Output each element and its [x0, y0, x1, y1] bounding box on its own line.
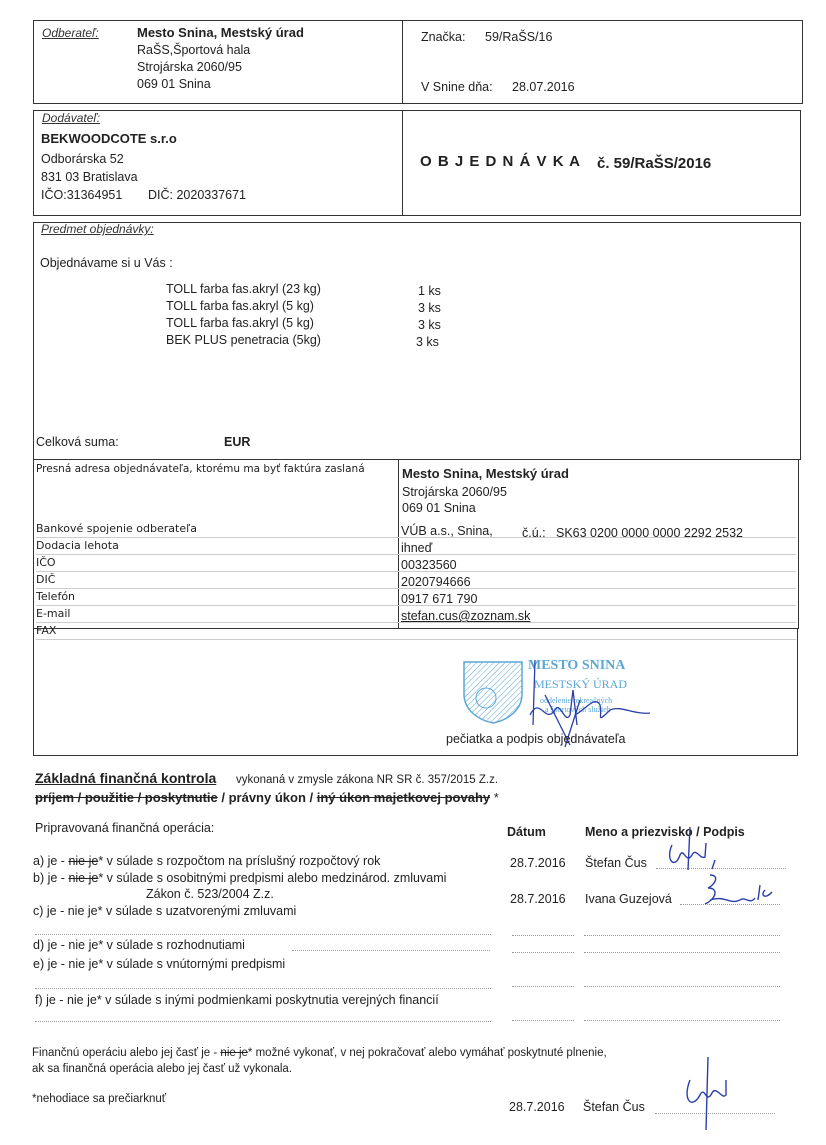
billing-name: Mesto Snina, Mestský úrad: [402, 466, 569, 482]
date-value: 28.07.2016: [512, 79, 575, 95]
row-rule: [36, 571, 796, 572]
dotted-line: [512, 1020, 574, 1021]
customer-name: Mesto Snina, Mestský úrad: [137, 25, 304, 41]
customer-line: 069 01 Snina: [137, 76, 211, 92]
control-item: a) je - nie je* v súlade s rozpočtom na …: [33, 853, 380, 869]
order-title: O B J E D N Á V K A: [420, 154, 581, 170]
signer-date: 28.7.2016: [510, 891, 566, 907]
signer-name: Štefan Čus: [585, 855, 647, 871]
total-label: Celková suma:: [36, 434, 119, 450]
customer-line: Strojárska 2060/95: [137, 59, 242, 75]
billing-row-label: IČO: [36, 555, 56, 571]
dotted-line: [512, 952, 574, 953]
signature-icon: [700, 870, 780, 920]
signature-icon: [680, 1055, 740, 1135]
billing-city: 069 01 Snina: [402, 500, 476, 516]
billing-divider: [398, 459, 399, 629]
signer-date: 28.7.2016: [510, 855, 566, 871]
row-rule: [36, 588, 796, 589]
operation-label: Pripravovaná finančná operácia:: [35, 820, 214, 836]
dotted-line: [584, 935, 780, 936]
total-currency: EUR: [224, 434, 250, 450]
order-item-qty: 3 ks: [418, 317, 441, 333]
footnote: *nehodiace sa prečiarknuť: [32, 1091, 166, 1107]
billing-row-label: Dodacia lehota: [36, 538, 119, 554]
operation-types-struck: príjem / použitie / poskytnutie: [35, 790, 218, 805]
row-rule: [36, 537, 796, 538]
column-date: Dátum: [507, 824, 546, 840]
billing-row-label: DIČ: [36, 572, 55, 588]
billing-address-label: Presná adresa objednávateľa, ktorému ma …: [36, 461, 365, 477]
supplier-street: Odborárska 52: [41, 151, 124, 167]
supplier-name: BEKWOODCOTE s.r.o: [41, 131, 177, 147]
operation-type-selected: právny úkon: [229, 790, 306, 805]
subject-label: Predmet objednávky:: [41, 221, 154, 237]
order-item-name: TOLL farba fas.akryl (23 kg): [166, 281, 321, 297]
signature-icon: [660, 825, 720, 875]
stamp-caption: pečiatka a podpis objednávateľa: [446, 731, 625, 747]
control-title: Základná finančná kontrola: [35, 770, 216, 786]
supplier-label: Dodávateľ:: [42, 110, 100, 126]
order-item-qty: 3 ks: [416, 334, 439, 350]
dotted-line: [584, 952, 780, 953]
control-item: Zákon č. 523/2004 Z.z.: [146, 886, 274, 902]
account-number: SK63 0200 0000 0000 2292 2532: [556, 525, 743, 541]
dotted-line: [584, 1020, 780, 1021]
supplier-dic: DIČ: 2020337671: [148, 187, 246, 203]
order-item-name: TOLL farba fas.akryl (5 kg): [166, 298, 314, 314]
row-rule: [36, 554, 796, 555]
customer-line: RaŠS,Športová hala: [137, 42, 250, 58]
order-item-qty: 1 ks: [418, 283, 441, 299]
operation-types-struck: iný úkon majetkovej povahy: [317, 790, 490, 805]
dotted-line: [35, 1021, 491, 1022]
signer-name: Ivana Guzejová: [585, 891, 672, 907]
supplier-ico: IČO:31364951: [41, 187, 122, 203]
customer-label: Odberateľ:: [42, 25, 99, 41]
dotted-line: [35, 988, 491, 989]
order-item-qty: 3 ks: [418, 300, 441, 316]
control-item: c) je - nie je* v súlade s uzatvorenými …: [33, 903, 296, 919]
control-item: f) je - nie je* v súlade s inými podmien…: [35, 992, 439, 1008]
billing-row-label: E-mail: [36, 606, 71, 622]
reference-label: Značka:: [421, 29, 465, 45]
control-item: d) je - nie je* v súlade s rozhodnutiami: [33, 937, 245, 953]
subject-intro: Objednávame si u Vás :: [40, 255, 173, 271]
coat-of-arms-icon: [462, 660, 524, 724]
control-item: b) je - nie je* v súlade s osobitnými pr…: [33, 870, 446, 886]
control-title-rest: vykonaná v zmysle zákona NR SR č. 357/20…: [236, 772, 498, 788]
billing-row-label: Telefón: [36, 589, 75, 605]
final-signer-name: Štefan Čus: [583, 1099, 645, 1115]
row-rule: [36, 605, 796, 606]
final-signer-date: 28.7.2016: [509, 1099, 565, 1115]
final-statement: Finančnú operáciu alebo jej časť je - ni…: [32, 1045, 607, 1061]
dotted-line: [512, 986, 574, 987]
order-number: č. 59/RaŠS/2016: [597, 156, 711, 172]
control-item: e) je - nie je* v súlade s vnútornými pr…: [33, 956, 285, 972]
order-item-name: BEK PLUS penetracia (5kg): [166, 332, 321, 348]
supplier-city: 831 03 Bratislava: [41, 169, 138, 185]
row-rule: [36, 622, 796, 623]
billing-row-label: Bankové spojenie odberateľa: [36, 521, 197, 537]
billing-street: Strojárska 2060/95: [402, 484, 507, 500]
dotted-line: [584, 986, 780, 987]
order-item-name: TOLL farba fas.akryl (5 kg): [166, 315, 314, 331]
reference-value: 59/RaŠS/16: [485, 29, 552, 45]
dotted-line: [35, 934, 491, 935]
final-statement-line2: ak sa finančná operácia alebo jej časť u…: [32, 1061, 292, 1077]
dotted-line: [292, 950, 490, 951]
operation-types: príjem / použitie / poskytnutie / právny…: [35, 790, 499, 806]
date-label: V Snine dňa:: [421, 79, 493, 95]
dotted-line: [512, 935, 574, 936]
account-label: č.ú.:: [522, 525, 546, 541]
stamp-box: [33, 628, 798, 756]
